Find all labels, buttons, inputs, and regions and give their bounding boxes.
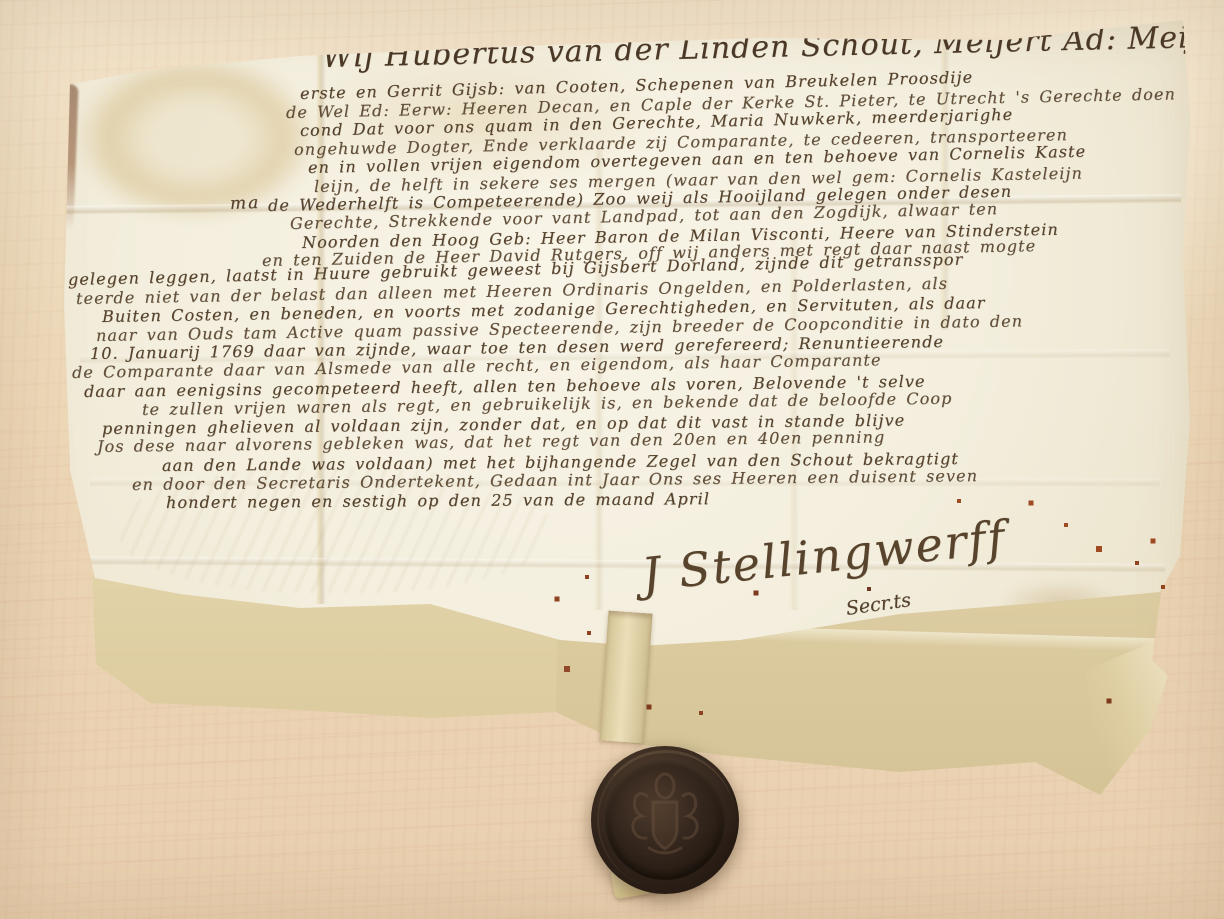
seal-parchment-tail	[600, 611, 653, 744]
marginal-note: ma	[230, 193, 261, 214]
seal-armorial-crest	[619, 764, 711, 876]
photo-parchment-deed: Wij Hubertus van der Linden Schout, Meij…	[0, 0, 1224, 919]
wax-seal	[591, 746, 739, 894]
document-text-line: hondert negen en sestigh op den 25 van d…	[166, 489, 710, 512]
rust-speckles	[0, 0, 2, 2]
